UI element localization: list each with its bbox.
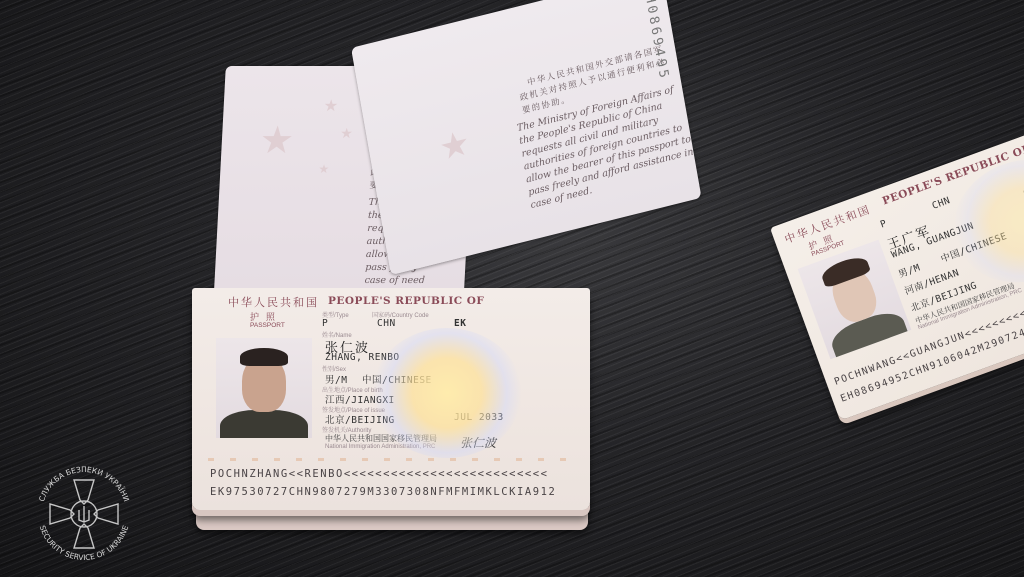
svg-text:СЛУЖБА БЕЗПЕКИ УКРАЇНИ: СЛУЖБА БЕЗПЕКИ УКРАЇНИ xyxy=(37,465,131,503)
svg-text:SECURITY SERVICE OF UKRAINE: SECURITY SERVICE OF UKRAINE xyxy=(38,524,131,562)
passport-type: P xyxy=(879,218,889,230)
trident-icon xyxy=(79,506,89,522)
star-icon: ★ xyxy=(259,118,295,162)
sbu-emblem-watermark: СЛУЖБА БЕЗПЕКИ УКРАЇНИ SECURITY SERVICE … xyxy=(28,458,140,570)
header-cn: 中华人民共和国 xyxy=(228,294,319,310)
country-code: CHN xyxy=(931,195,952,212)
watermark-text-bottom: SECURITY SERVICE OF UKRAINE xyxy=(38,524,131,562)
doc-type-en: PASSPORT xyxy=(250,322,285,329)
passport-right: ★ 中华人民共和国外交部请各国军 政机关对持照人予以通行便利和必 要的协助。 T… xyxy=(330,0,890,510)
star-icon: ★ xyxy=(318,162,329,176)
star-icon: ★ xyxy=(436,122,473,169)
watermark-text-top: СЛУЖБА БЕЗПЕКИ УКРАЇНИ xyxy=(37,465,131,503)
passport-type: P xyxy=(322,318,328,329)
holder-photo xyxy=(216,338,312,438)
